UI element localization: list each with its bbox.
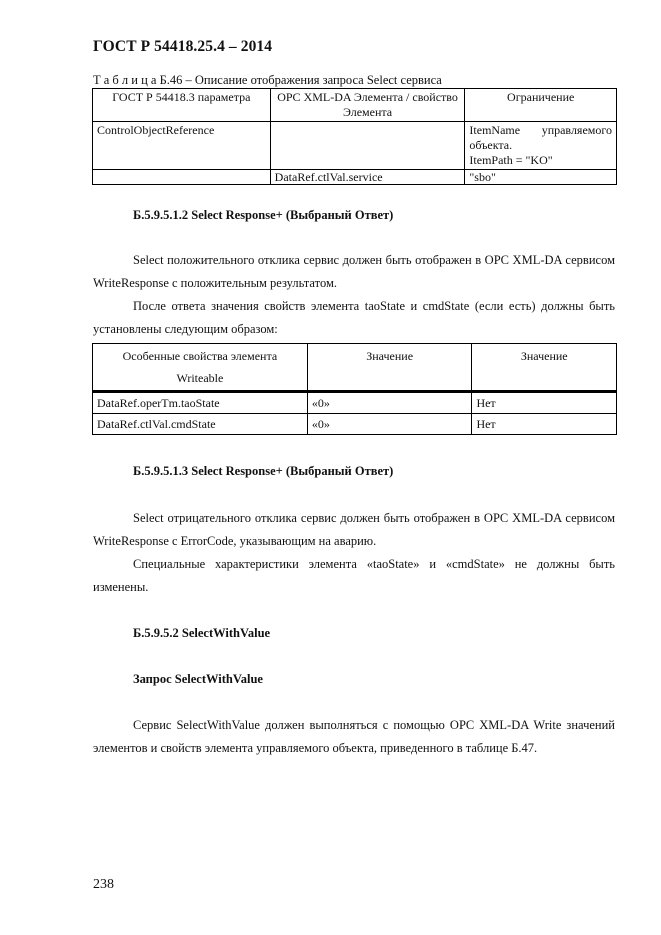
table-header-row: ГОСТ Р 54418.3 параметра OPC XML-DA Элем… [93,89,617,122]
cell-property: DataRef.operTm.taoState [93,392,308,414]
header-text: Writeable [97,367,303,389]
constraint-line-3: ItemPath = "KO" [469,153,612,168]
paragraph: Select отрицательного отклика сервис дол… [93,507,615,553]
document-header: ГОСТ Р 54418.25.4 – 2014 [93,38,272,56]
subsection-heading: Запрос SelectWithValue [133,672,263,687]
cell-param: ControlObjectReference [93,122,271,170]
cell-element [270,122,465,170]
cell-param [93,170,271,185]
section-body: Select положительного отклика сервис дол… [93,249,615,341]
paragraph: После ответа значения свойств элемента t… [93,295,615,341]
section-body: Сервис SelectWithValue должен выполнятьс… [93,714,615,760]
header-text: Особенные свойства элемента [97,345,303,367]
column-header-param: ГОСТ Р 54418.3 параметра [93,89,271,122]
section-heading: Б.5.9.5.1.3 Select Response+ (Выбраный О… [133,464,393,479]
cell-value-2: Нет [472,392,617,414]
constraint-text: ItemName [469,123,520,138]
properties-table: Особенные свойства элемента Writeable Зн… [92,343,617,435]
section-heading: Б.5.9.5.1.2 Select Response+ (Выбраный О… [133,208,393,223]
cell-element: DataRef.ctlVal.service [270,170,465,185]
table-row: DataRef.ctlVal.cmdState «0» Нет [93,414,617,435]
section-heading: Б.5.9.5.2 SelectWithValue [133,626,270,641]
table-row: DataRef.operTm.taoState «0» Нет [93,392,617,414]
cell-constraint: ItemName управляемого объекта. ItemPath … [465,122,617,170]
cell-value-2: Нет [472,414,617,435]
paragraph: Select положительного отклика сервис дол… [93,249,615,295]
table-b46: ГОСТ Р 54418.3 параметра OPC XML-DA Элем… [92,88,617,185]
table-caption: Т а б л и ц а Б.46 – Описание отображени… [93,73,442,88]
column-header-constraint: Ограничение [465,89,617,122]
table-row: DataRef.ctlVal.service "sbo" [93,170,617,185]
column-header-property: Особенные свойства элемента Writeable [93,344,308,392]
constraint-text: управляемого [542,123,612,138]
cell-constraint: "sbo" [465,170,617,185]
constraint-line-1: ItemName управляемого [469,123,612,138]
paragraph: Специальные характеристики элемента «tao… [93,553,615,599]
table-row: ControlObjectReference ItemName управляе… [93,122,617,170]
column-header-element: OPC XML-DA Элемента / свойство Элемента [270,89,465,122]
column-header-value-2: Значение [472,344,617,392]
cell-value: «0» [307,392,472,414]
constraint-line-2: объекта. [469,138,612,153]
cell-value: «0» [307,414,472,435]
cell-property: DataRef.ctlVal.cmdState [93,414,308,435]
table-header-row: Особенные свойства элемента Writeable Зн… [93,344,617,392]
page-number: 238 [93,877,114,893]
column-header-value: Значение [307,344,472,392]
paragraph: Сервис SelectWithValue должен выполнятьс… [93,714,615,760]
section-body: Select отрицательного отклика сервис дол… [93,507,615,599]
